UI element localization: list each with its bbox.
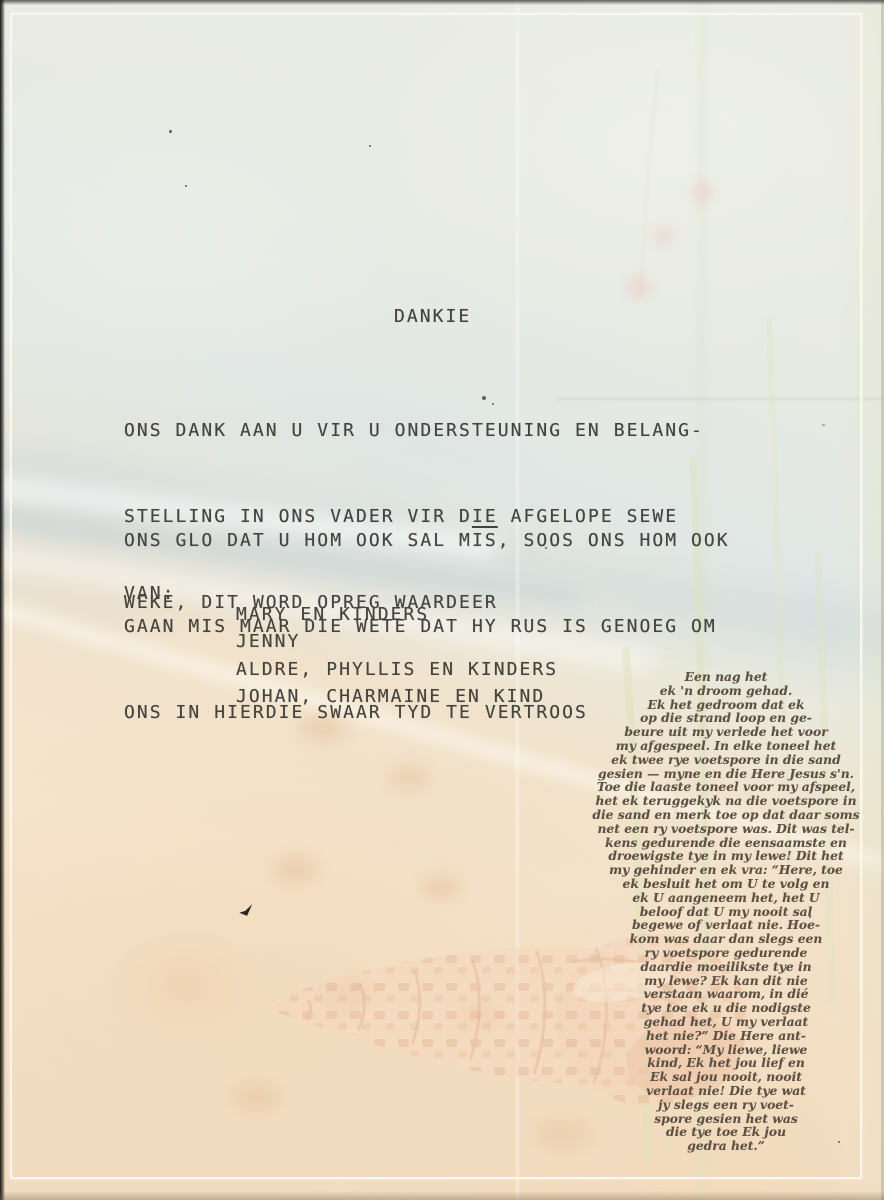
senders-list: MARY EN KINDERSJENNYALDRE, PHYLLIS EN KI…: [236, 601, 558, 710]
scan-edge-left: [0, 0, 5, 1200]
sender-name: JOHAN, CHARMAINE EN KIND: [236, 683, 558, 710]
sender-name: MARY EN KINDERS: [236, 601, 558, 628]
scanned-memorial-card: DANKIE ONS DANK AAN U VIR U ONDERSTEUNIN…: [0, 0, 884, 1200]
poem-line: droewigste tye in my lewe! Dit het: [586, 849, 866, 863]
text-line: ONS DANK AAN U VIR U ONDERSTEUNING EN BE…: [124, 417, 704, 446]
poem-line: my afgespeel. In elke toneel het: [586, 739, 866, 753]
poem-line: beloof dat U my nooit sal: [586, 905, 866, 919]
poem-line: jy slegs een ry voet-: [586, 1098, 866, 1112]
poem-line: begewe of verlaat nie. Hoe-: [586, 918, 866, 932]
poem-line: gehad het, U my verlaat: [586, 1015, 866, 1029]
from-label: VAN:: [124, 580, 176, 609]
poem-line: ek besluit het om U te volg en: [586, 877, 866, 891]
scan-edge-top: [0, 0, 884, 5]
poem-line: gedra het.”: [586, 1139, 866, 1153]
poem-line: Een nag het: [586, 670, 866, 684]
poem-line: ek U aangeneem het, het U: [586, 891, 866, 905]
poem-line: beure uit my verlede het voor: [586, 725, 866, 739]
poem-line: die sand en merk toe op dat daar soms: [586, 808, 866, 822]
poem-line: kind, Ek het jou lief en: [586, 1056, 866, 1070]
scan-edge-bottom: [0, 1191, 884, 1200]
poem-line: kom was daar dan slegs een: [586, 932, 866, 946]
poem-line: verstaan waarom, in dié: [586, 987, 866, 1001]
poem-line: ek 'n droom gehad.: [586, 684, 866, 698]
poem-line: gesien — myne en die Here Jesus s'n.: [586, 767, 866, 781]
poem-line: Toe die laaste toneel voor my afspeel,: [586, 780, 866, 794]
poem-line: Ek sal jou nooit, nooit: [586, 1070, 866, 1084]
poem-line: daardie moeilikste tye in: [586, 960, 866, 974]
poem-line: verlaat nie! Die tye wat: [586, 1084, 866, 1098]
poem-line: net een ry voetspore was. Dit was tel-: [586, 822, 866, 836]
poem-line: my gehinder en ek vra: “Here, toe: [586, 863, 866, 877]
poem-line: spore gesien het was: [586, 1112, 866, 1126]
sender-name: ALDRE, PHYLLIS EN KINDERS: [236, 656, 558, 683]
text-line: ONS GLO DAT U HOM OOK SAL MIS, SOOS ONS …: [124, 527, 730, 556]
poem-line: het nie?” Die Here ant-: [586, 1029, 866, 1043]
poem-line: op die strand loop en ge-: [586, 711, 866, 725]
poem-line: tye toe ek u die nodigste: [586, 1001, 866, 1015]
poem-line: ry voetspore gedurende: [586, 946, 866, 960]
poem-line: my lewe? Ek kan dit nie: [586, 974, 866, 988]
poem-line: woord: “My liewe, liewe: [586, 1043, 866, 1057]
card-title: DANKIE: [394, 303, 471, 332]
poem-line: kens gedurende die eensaamste en: [586, 836, 866, 850]
poem-line: ek twee rye voetspore in die sand: [586, 753, 866, 767]
sender-name: JENNY: [236, 628, 558, 655]
poem-line: het ek teruggekyk na die voetspore in: [586, 794, 866, 808]
footprints-poem: Een nag hetek 'n droom gehad.Ek het gedr…: [586, 670, 866, 1153]
poem-line: die tye toe Ek jou: [586, 1125, 866, 1139]
poem-line: Ek het gedroom dat ek: [586, 698, 866, 712]
